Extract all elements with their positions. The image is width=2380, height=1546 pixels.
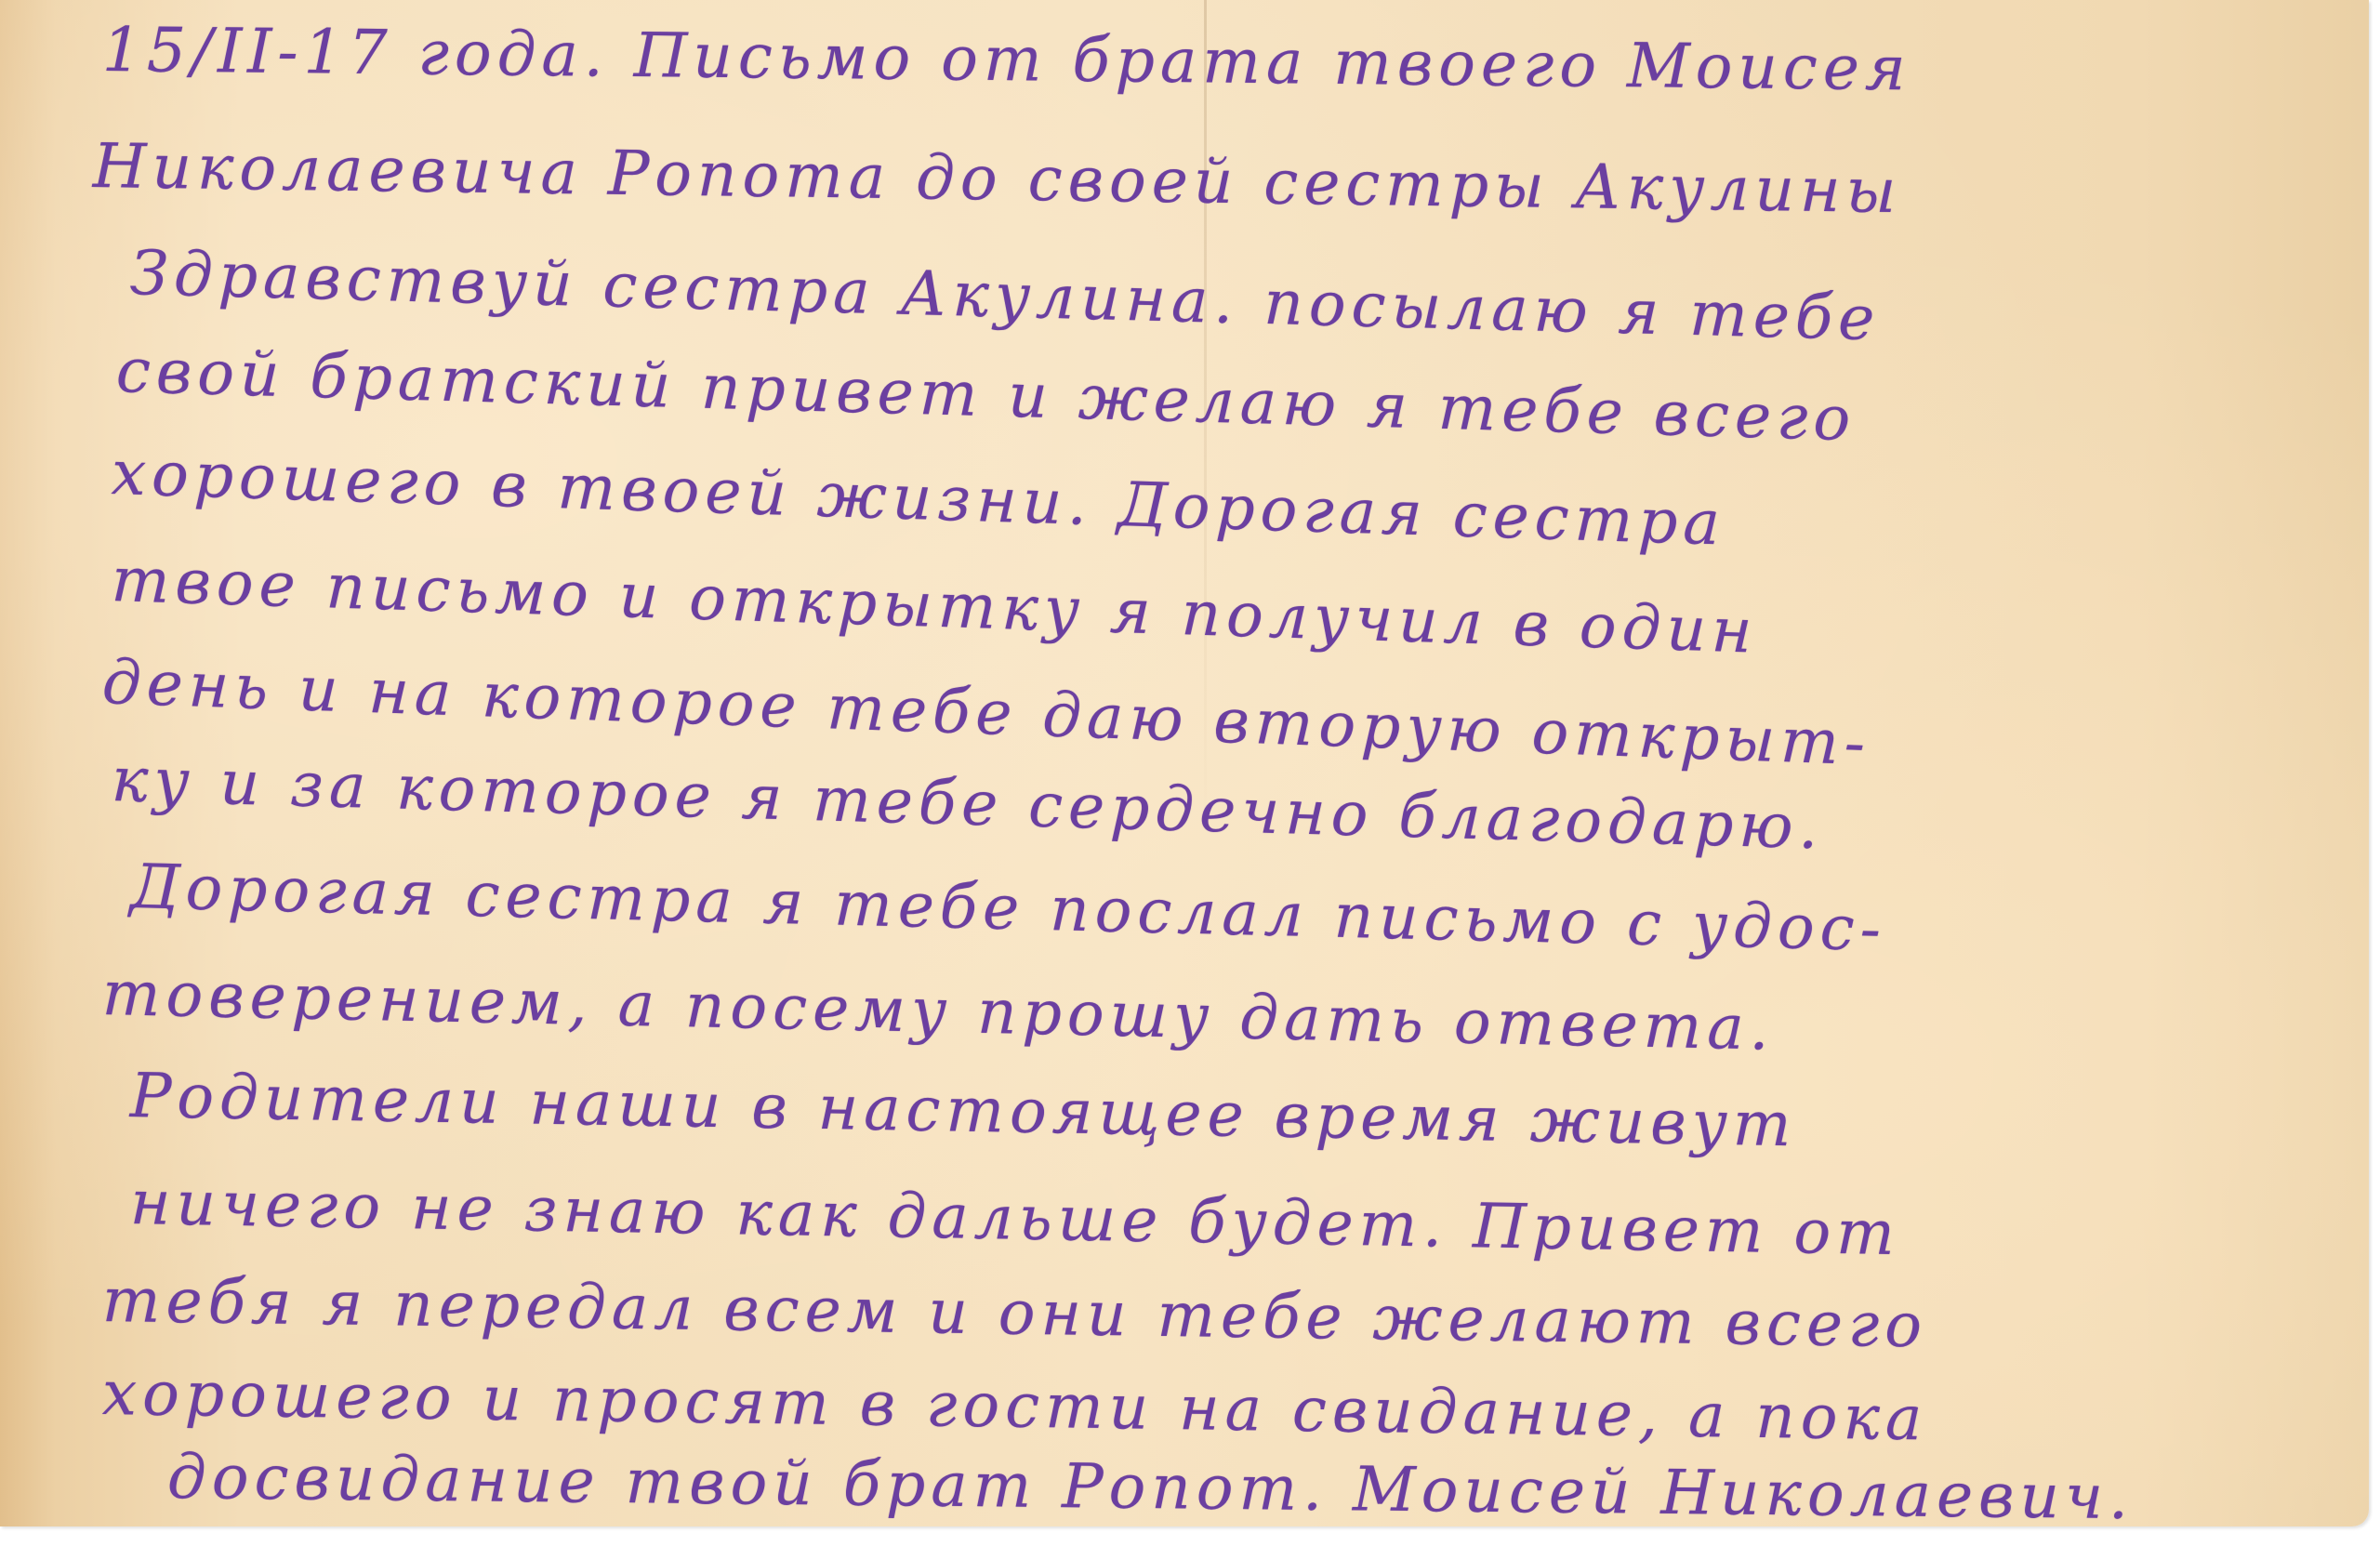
letter-line-6: твое письмо и открытку я получил в один	[111, 544, 1759, 667]
letter-line-14: хорошего и просят в гости на свидание, а…	[101, 1357, 1927, 1454]
letter-line-5: хорошего в твоей жизни. Дорогая сестра	[111, 437, 1726, 560]
letter-line-10: товерением, а посему прошу дать ответа.	[101, 958, 1775, 1064]
letter-line-9: Дорогая сестра я тебе послал письмо с уд…	[129, 851, 1887, 965]
letter-line-1: 15/II-17 года. Письмо от брата твоего Мо…	[102, 14, 1911, 104]
letter-line-13: тебя я передал всем и они тебе желают вс…	[101, 1264, 1927, 1361]
letter-line-2: Николаевича Ропота до своей сестры Акули…	[92, 130, 1901, 227]
letter-paper: 15/II-17 года. Письмо от брата твоего Мо…	[0, 0, 2369, 1526]
letter-line-15-signature: досвидание твой брат Ропот. Моисей Никол…	[167, 1441, 2135, 1533]
letter-line-12: ничего не знаю как дальше будет. Привет …	[129, 1167, 1900, 1269]
letter-line-4: свой братский привет и желаю я тебе всег…	[115, 335, 1857, 455]
letter-line-11: Родители наши в настоящее время живут	[129, 1060, 1797, 1160]
letter-line-3: Здравствуй сестра Акулина. посылаю я теб…	[129, 237, 1881, 354]
